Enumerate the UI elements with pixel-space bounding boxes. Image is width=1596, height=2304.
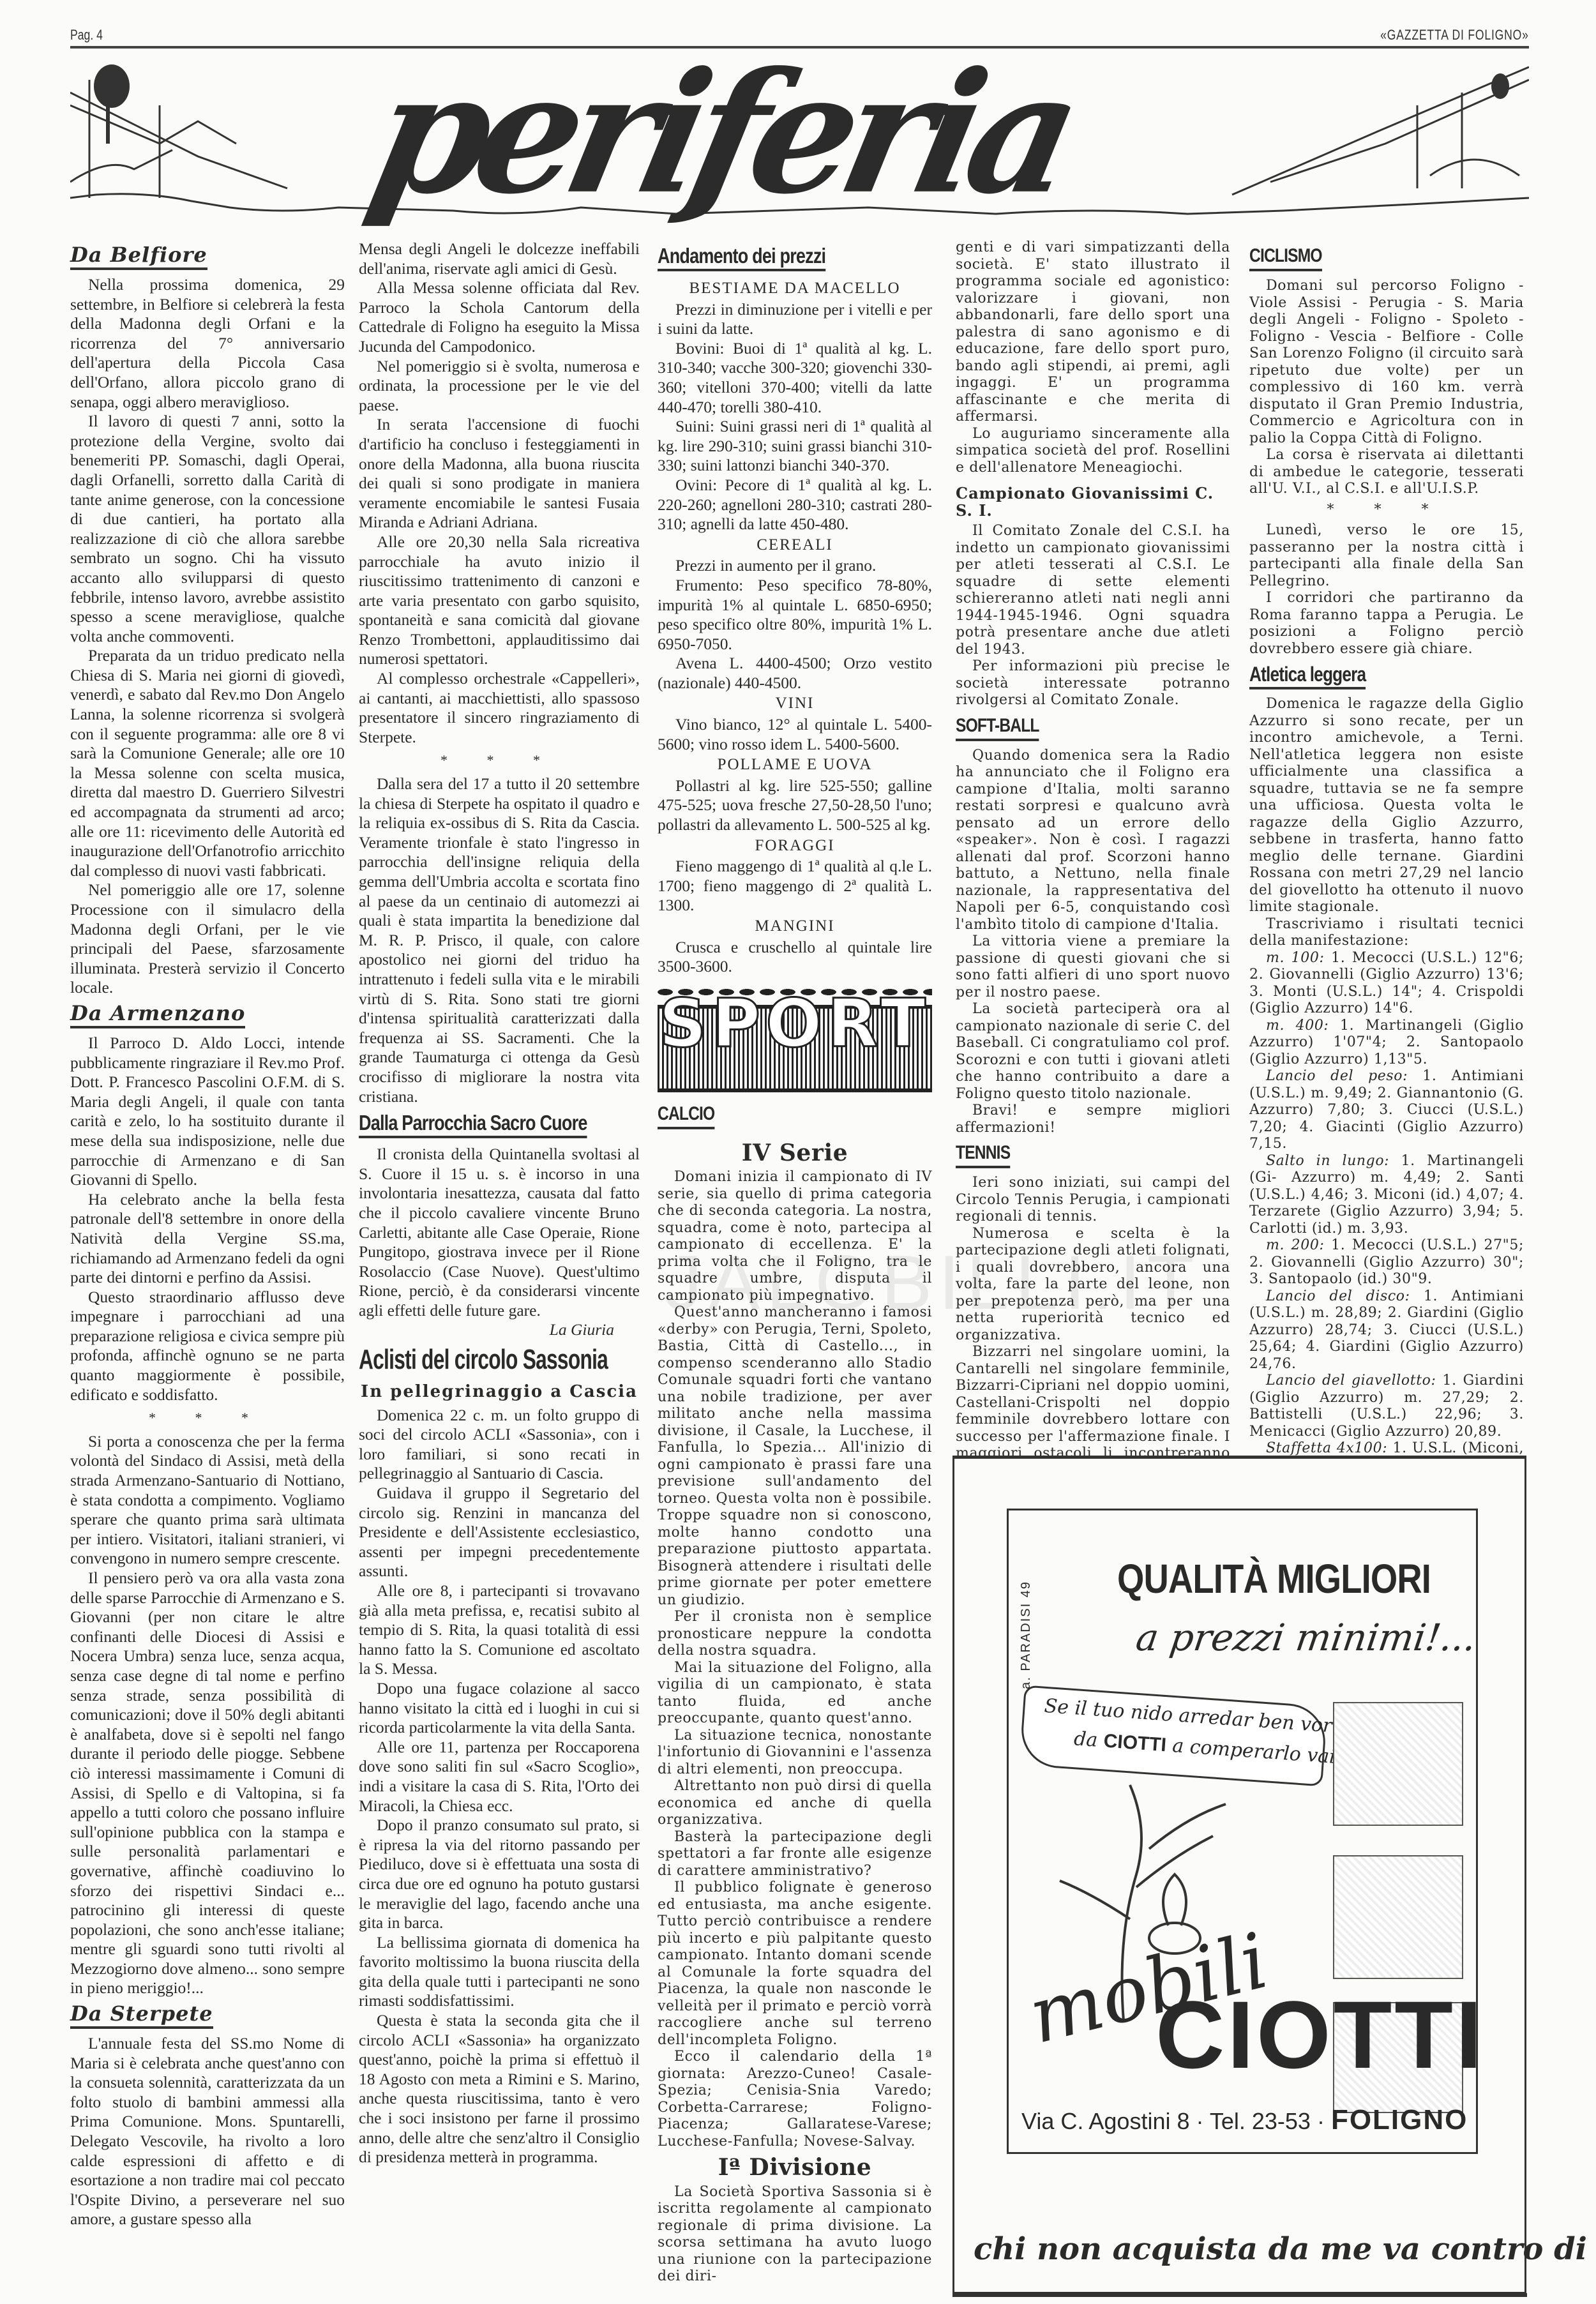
article-paragraph: La situazione tecnica, nonostante l'info…: [658, 1728, 932, 1779]
price-category: POLLAME E UOVA: [658, 755, 932, 775]
article-paragraph: Alle ore 20,30 nella Sala ricreativa par…: [359, 532, 640, 669]
newspaper-page: Pag. 4 «GAZZETTA DI FOLIGNO» periferia: [0, 0, 1596, 2304]
article-paragraph: Il pubblico folignate è generoso ed entu…: [658, 1879, 932, 2049]
column-2: Mensa degli Angeli le dolcezze ineffabil…: [359, 239, 640, 2167]
article-paragraph: Per il cronista non è semplice pronostic…: [658, 1609, 932, 1660]
article-paragraph: Alla Messa solenne officiata dal Rev. Pa…: [359, 278, 640, 356]
article-paragraph: I corridori che partiranno da Roma faran…: [1249, 590, 1524, 658]
article-paragraph: Domani inizia il campionato di IV serie,…: [658, 1169, 932, 1304]
column-1: Da Belfiore Nella prossima domenica, 29 …: [70, 239, 345, 2229]
article-paragraph: Domenica le ragazze della Giglio Azzurro…: [1249, 696, 1524, 916]
article-paragraph: La corsa è riservata ai dilettanti di am…: [1249, 447, 1524, 498]
signature: La Giuria: [359, 1320, 640, 1340]
price-category: BESTIAME DA MACELLO: [658, 279, 932, 299]
article-paragraph: Nel pomeriggio alle ore 17, solenne Proc…: [70, 880, 345, 998]
ad-headline: QUALITÀ MIGLIORI: [1117, 1555, 1431, 1602]
article-paragraph: Ha celebrato anche la bella festa patron…: [70, 1190, 345, 1288]
match-calendar: Ecco il calendario della 1ª giornata: Ar…: [658, 2049, 932, 2150]
price-paragraph: Fieno maggengo di 1ª qualità al q.le L. …: [658, 857, 932, 915]
article-paragraph: Domani sul percorso Foligno - Viole Assi…: [1249, 278, 1524, 447]
ad-subheadline: a prezzi minimi!...: [1133, 1616, 1479, 1659]
article-paragraph: La vittoria viene a premiare la passione…: [956, 933, 1230, 1001]
article-paragraph: Altrettanto non può dirsi di quella econ…: [658, 1778, 932, 1829]
ad-brand: CIOTTI: [1156, 1980, 1485, 2090]
article-paragraph: Il cronista della Quintanella svoltasi a…: [359, 1145, 640, 1320]
newspaper-name: «GAZZETTA DI FOLIGNO»: [1380, 27, 1529, 43]
price-paragraph: Vino bianco, 12° al quintale L. 5400-560…: [658, 715, 932, 754]
result-entry: m. 200: 1. Mecocci (U.S.L.) 27"5; 2. Gio…: [1249, 1237, 1524, 1288]
article-paragraph: Nella prossima domenica, 29 settembre, i…: [70, 275, 345, 412]
result-entry: Lancio del giavellotto: 1. Giardini (Gig…: [1249, 1373, 1524, 1440]
result-entry: Salto in lungo: 1. Martinangeli (Gi- Azz…: [1249, 1153, 1524, 1238]
article-paragraph: Nel pomeriggio si è svolta, numerosa e o…: [359, 357, 640, 416]
article-paragraph: Quando domenica sera la Radio ha annunci…: [956, 748, 1230, 934]
price-paragraph: Suini: Suini grassi neri di 1ª qualità a…: [658, 417, 932, 476]
article-paragraph: Lunedì, verso le ore 15, passeranno per …: [1249, 522, 1524, 590]
subheading-pellegrinaggio: In pellegrinaggio a Cascia: [359, 1382, 640, 1402]
column-3: Andamento dei prezzi BESTIAME DA MACELLO…: [658, 239, 932, 2285]
article-paragraph: Guidava il gruppo il Segretario del circ…: [359, 1484, 640, 1581]
heading-tennis: TENNIS: [956, 1140, 1010, 1168]
article-paragraph: Al complesso orchestrale «Cappelleri», a…: [359, 669, 640, 747]
heading-prezzi: Andamento dei prezzi: [658, 243, 825, 271]
price-paragraph: Crusca e cruschello al quintale lire 350…: [658, 938, 932, 977]
price-paragraph: Bovini: Buoi di 1ª qualità al kg. L. 310…: [658, 339, 932, 417]
article-paragraph: Alle ore 8, i partecipanti si trovavano …: [359, 1581, 640, 1679]
article-paragraph: Basterà la partecipazione degli spettato…: [658, 1829, 932, 1880]
price-category: VINI: [658, 694, 932, 714]
ad-scroll-banner: Se il tuo nido arredar ben vorrai da CIO…: [1019, 1685, 1328, 1787]
heading-calcio: CALCIO: [658, 1101, 714, 1129]
ad-frame: a. PARADISI 49 QUALITÀ MIGLIORI a prezzi…: [1007, 1509, 1478, 2154]
article-paragraph: Questo straordinario afflusso deve impeg…: [70, 1288, 345, 1405]
article-paragraph: Mai la situazione del Foligno, alla vigi…: [658, 1660, 932, 1728]
article-paragraph: Numerosa e scelta è la partecipazione de…: [956, 1226, 1230, 1344]
dining-room-illustration: [1333, 1855, 1463, 1979]
article-paragraph: La bellissima giornata di domenica ha fa…: [359, 1933, 640, 2011]
ciotti-advertisement: a. PARADISI 49 QUALITÀ MIGLIORI a prezzi…: [952, 1456, 1526, 2294]
section-title: periferia: [359, 53, 1082, 216]
article-paragraph: genti e di vari simpatizzanti della soci…: [956, 239, 1230, 426]
price-paragraph: Ovini: Pecore di 1ª qualità al kg. L. 22…: [658, 476, 932, 534]
heading-prima-divisione: Iª Divisione: [658, 2159, 932, 2176]
bedroom-illustration: [1333, 1702, 1463, 1826]
article-paragraph: Quest'anno mancheranno i famosi «derby» …: [658, 1304, 932, 1609]
article-paragraph: Preparata da un triduo predicato nella C…: [70, 646, 345, 880]
article-paragraph: Lo auguriamo sinceramente alla simpatica…: [956, 426, 1230, 477]
article-paragraph: Dopo il pranzo consumato sul prato, si è…: [359, 1816, 640, 1933]
ad-address: Via C. Agostini 8 · Tel. 23-53 · FOLIGNO: [1021, 2104, 1468, 2136]
heading-softball: SOFT-BALL: [956, 713, 1039, 741]
heading-atletica: Atletica leggera: [1249, 661, 1366, 689]
heading-sacro-cuore: Dalla Parrocchia Sacro Cuore: [359, 1110, 587, 1138]
price-category: FORAGGI: [658, 836, 932, 856]
price-category: MANGINI: [658, 917, 932, 937]
result-entry: Lancio del disco: 1. Antimiani (U.S.L.) …: [1249, 1288, 1524, 1373]
separator-stars: * * *: [1249, 502, 1524, 519]
article-paragraph: Alle ore 11, partenza per Roccaporena do…: [359, 1738, 640, 1816]
column-4: genti e di vari simpatizzanti della soci…: [956, 239, 1230, 1547]
separator-stars: * * *: [359, 751, 640, 771]
price-paragraph: Frumento: Peso specifico 78-80%, impurit…: [658, 576, 932, 654]
artist-signature: a. PARADISI 49: [1019, 1581, 1034, 1689]
article-paragraph: Dalla sera del 17 a tutto il 20 settembr…: [359, 774, 640, 1106]
article-paragraph: L'annuale festa del SS.mo Nome di Maria …: [70, 2034, 345, 2229]
heading-csi: Campionato Giovanissimi C. S. I.: [956, 485, 1230, 519]
heading-sterpete: Da Sterpete: [70, 2001, 213, 2029]
article-paragraph: Mensa degli Angeli le dolcezze ineffabil…: [359, 239, 640, 278]
article-paragraph: Domenica 22 c. m. un folto gruppo di soc…: [359, 1406, 640, 1484]
separator-stars: * * *: [70, 1408, 345, 1428]
article-paragraph: Questa è stata la seconda gita che il ci…: [359, 2011, 640, 2167]
column-5: CICLISMO Domani sul percorso Foligno - V…: [1249, 239, 1524, 1635]
price-paragraph: Pollastri al kg. lire 525-550; galline 4…: [658, 776, 932, 835]
article-paragraph: Il Parroco D. Aldo Locci, intende pubbli…: [70, 1034, 345, 1190]
heading-ciclismo: CICLISMO: [1249, 243, 1322, 271]
section-banner: periferia: [70, 54, 1529, 230]
bottom-rule: [952, 2293, 1527, 2297]
article-paragraph: Bravi! e sempre migliori affermazioni!: [956, 1103, 1230, 1136]
heading-iv-serie: IV Serie: [658, 1145, 932, 1162]
article-paragraph: La società parteciperà ora al campionato…: [956, 1001, 1230, 1103]
price-category: CEREALI: [658, 536, 932, 555]
sport-banner: SPORT: [658, 1005, 932, 1092]
heading-aclisti: Aclisti del circolo Sassonia: [359, 1344, 608, 1376]
sport-banner-text: SPORT: [658, 1014, 932, 1034]
article-paragraph: In serata l'accensione di fuochi d'artif…: [359, 415, 640, 532]
article-paragraph: La Società Sportiva Sassonia si è iscrit…: [658, 2184, 932, 2285]
price-paragraph: Avena L. 4400-4500; Orzo vestito (nazion…: [658, 654, 932, 693]
result-entry: m. 100: 1. Mecocci (U.S.L.) 12"6; 2. Gio…: [1249, 950, 1524, 1018]
article-paragraph: Si porta a conoscenza che per la ferma v…: [70, 1432, 345, 1569]
article-paragraph: Trascriviamo i risultati tecnici della m…: [1249, 916, 1524, 950]
heading-armenzano: Da Armenzano: [70, 1000, 245, 1028]
article-paragraph: Per informazioni più precise le società …: [956, 658, 1230, 709]
article-paragraph: Il lavoro di questi 7 anni, sotto la pro…: [70, 412, 345, 646]
article-paragraph: Il pensiero però va ora alla vasta zona …: [70, 1569, 345, 1998]
ad-slogan: chi non acquista da me va contro di sè!: [974, 2231, 1596, 2267]
price-paragraph: Prezzi in aumento per il grano.: [658, 556, 932, 576]
price-paragraph: Prezzi in diminuzione per i vitelli e pe…: [658, 300, 932, 339]
heading-belfiore: Da Belfiore: [70, 242, 207, 270]
article-paragraph: Dopo una fugace colazione al sacco hanno…: [359, 1679, 640, 1738]
page-number: Pag. 4: [70, 27, 103, 43]
article-paragraph: Ieri sono iniziati, sui campi del Circol…: [956, 1175, 1230, 1226]
result-entry: m. 400: 1. Martinangeli (Giglio Azzurro)…: [1249, 1018, 1524, 1069]
article-paragraph: Il Comitato Zonale del C.S.I. ha indetto…: [956, 523, 1230, 658]
result-entry: Lancio del peso: 1. Antimiani (U.S.L.) m…: [1249, 1068, 1524, 1153]
